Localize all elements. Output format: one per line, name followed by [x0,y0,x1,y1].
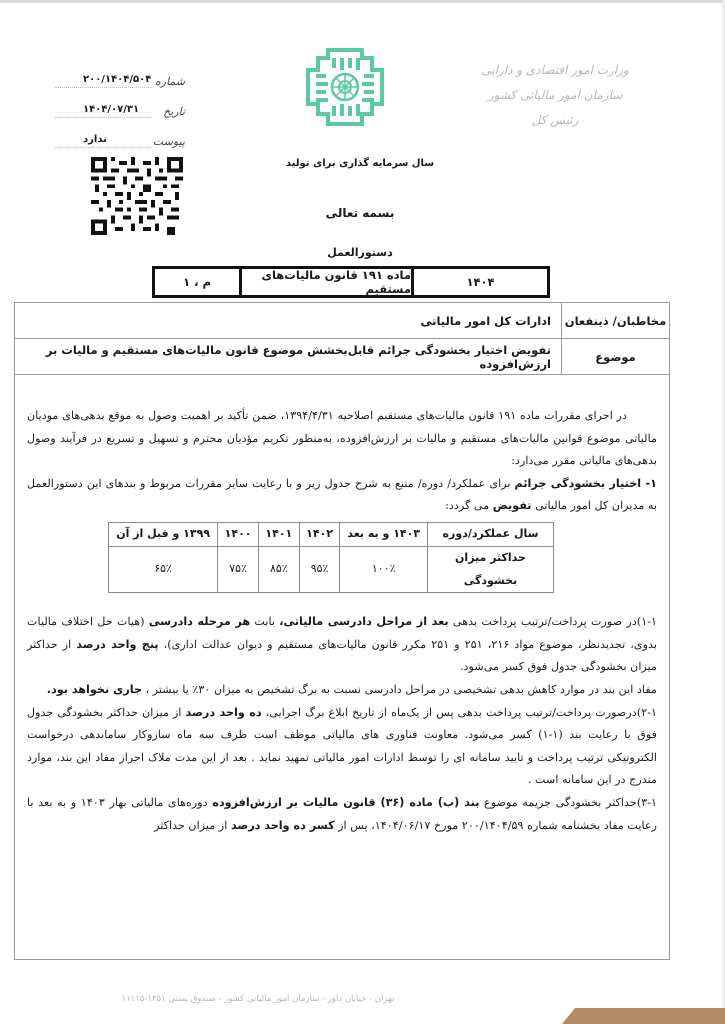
rate-cell: ۸۵٪ [258,546,299,592]
audience-row: مخاطبان/ ذینفعان ادارات کل امور مالیاتی [15,303,669,339]
footer-decorative-band [562,1008,725,1024]
rate-cell: ۷۵٪ [218,546,259,592]
rate-cell: ۶۵٪ [109,546,218,592]
directive-code: م ، ۱ [155,269,239,295]
period-cell: ۱۴۰۳ و به بعد [340,522,428,546]
item-1-paragraph: ۱- اختیار بخشودگی جرائم برای عملکرد/ دور… [27,473,657,518]
item-1-3-paragraph: ۳-۱)حداکثر بخشودگی جریمه موضوع بند (ب) م… [27,792,657,837]
period-cell: ۱۴۰۰ [218,522,259,546]
page-top-border [0,0,725,3]
audience-value: ادارات کل امور مالیاتی [15,303,561,338]
document-type-title: دستورالعمل [280,246,440,259]
directive-law-reference: ماده ۱۹۱ قانون مالیات‌های مستقیم [239,269,411,295]
ministry-letterhead: وزارت امور اقتصادی و دارایی سازمان امور … [475,58,635,133]
period-cell: ۱۴۰۱ [258,522,299,546]
year-slogan: سال سرمایه گذاری برای تولید [280,158,440,169]
letter-attachment-row: پیوست ندارد [55,118,185,148]
intro-paragraph: در اجرای مقررات ماده ۱۹۱ قانون مالیات‌ها… [27,405,657,473]
rate-cell: ۹۵٪ [299,546,340,592]
table-row-label: حداکثر میزان بخشودگی [428,546,554,592]
footer-address: تهران - خیابان داور - سازمان امور مالیات… [88,994,428,1004]
subject-row: موضوع تفویض اختیار بخشودگی جرائم قابل‌بخ… [15,339,669,375]
remission-rates-table: سال عملکرد/دوره ۱۴۰۳ و به بعد ۱۴۰۲ ۱۴۰۱ … [108,522,554,593]
table-header-label: سال عملکرد/دوره [428,522,554,546]
letter-number-row: شماره ۲۰۰/۱۴۰۴/۵۰۴ [55,58,185,88]
item-1-1-paragraph: ۱-۱)در صورت پرداخت/ترتیب پرداخت بدهی بعد… [27,611,657,679]
directive-header-table: ۱۴۰۴ ماده ۱۹۱ قانون مالیات‌های مستقیم م … [152,266,550,298]
letter-attachment-label: پیوست [151,135,185,148]
ministry-line: سازمان امور مالیاتی کشور [475,83,635,108]
letter-date-label: تاریخ [151,105,185,118]
letter-date-value: ۱۴۰۴/۰۷/۳۱ [55,104,151,118]
ministry-line: رئیس کل [475,108,635,133]
bismillah-heading: بسمه تعالی [290,206,430,220]
ministry-line: وزارت امور اقتصادی و دارایی [475,58,635,83]
item-1-1-note: مفاد این بند در موارد کاهش بدهی تشخیصی د… [27,679,657,702]
letter-number-value: ۲۰۰/۱۴۰۴/۵۰۴ [55,74,151,88]
directive-year: ۱۴۰۴ [411,269,547,295]
tax-organization-logo-icon [306,48,384,126]
table-row: حداکثر میزان بخشودگی ۱۰۰٪ ۹۵٪ ۸۵٪ ۷۵٪ ۶۵… [109,546,554,592]
letter-date-row: تاریخ ۱۴۰۴/۰۷/۳۱ [55,88,185,118]
letter-attachment-value: ندارد [55,134,151,148]
directive-body-box: مخاطبان/ ذینفعان ادارات کل امور مالیاتی … [14,302,670,960]
item-1-2-paragraph: ۲-۱)درصورت پرداخت/ترتیب پرداخت بدهی پس ا… [27,702,657,792]
table-row: سال عملکرد/دوره ۱۴۰۳ و به بعد ۱۴۰۲ ۱۴۰۱ … [109,522,554,546]
directive-text: در اجرای مقررات ماده ۱۹۱ قانون مالیات‌ها… [15,375,669,837]
letter-meta: شماره ۲۰۰/۱۴۰۴/۵۰۴ تاریخ ۱۴۰۴/۰۷/۳۱ پیوس… [55,58,185,148]
rate-cell: ۱۰۰٪ [340,546,428,592]
subject-value: تفویض اختیار بخشودگی جرائم قابل‌بخشش موض… [15,339,561,374]
subject-label: موضوع [561,339,669,374]
audience-label: مخاطبان/ ذینفعان [561,303,669,338]
period-cell: ۱۴۰۲ [299,522,340,546]
qr-code-icon [91,157,183,235]
period-cell: ۱۳۹۹ و قبل از آن [109,522,218,546]
letter-number-label: شماره [151,75,185,88]
